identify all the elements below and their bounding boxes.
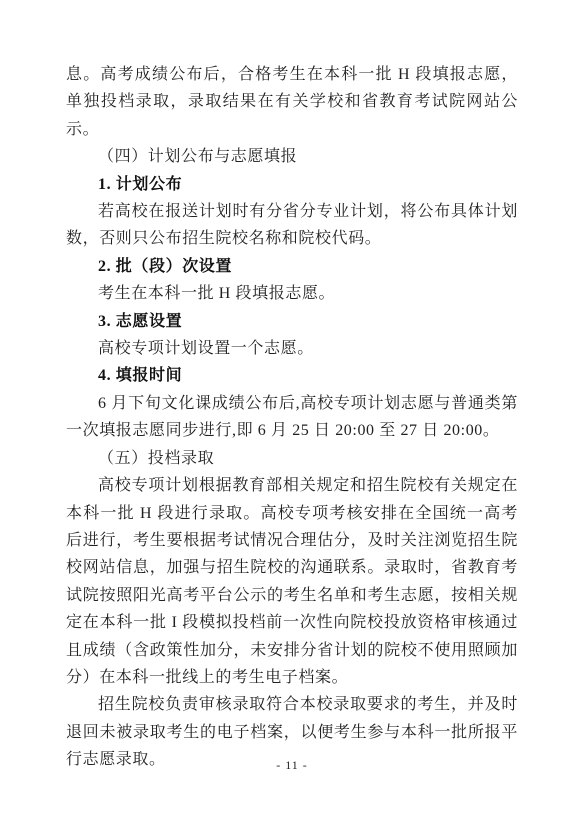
page-number: - 11 - bbox=[0, 758, 584, 773]
paragraph: 若高校在报送计划时有分省分专业计划，将公布具体计划数，否则只公布招生院校名称和院… bbox=[66, 198, 518, 253]
numbered-heading: 2. 批（段）次设置 bbox=[66, 253, 518, 280]
section-heading: （五）投档录取 bbox=[66, 445, 518, 472]
document-body: 息。高考成绩公布后，合格考生在本科一批 H 段填报志愿，单独投档录取，录取结果在… bbox=[66, 61, 518, 774]
document-page: 息。高考成绩公布后，合格考生在本科一批 H 段填报志愿，单独投档录取，录取结果在… bbox=[0, 0, 584, 823]
paragraph: 息。高考成绩公布后，合格考生在本科一批 H 段填报志愿，单独投档录取，录取结果在… bbox=[66, 61, 518, 143]
section-heading: （四）计划公布与志愿填报 bbox=[66, 143, 518, 170]
paragraph: 6 月下旬文化课成绩公布后,高校专项计划志愿与普通类第一次填报志愿同步进行,即 … bbox=[66, 390, 518, 445]
numbered-heading: 4. 填报时间 bbox=[66, 362, 518, 389]
paragraph: 考生在本科一批 H 段填报志愿。 bbox=[66, 280, 518, 307]
numbered-heading: 3. 志愿设置 bbox=[66, 308, 518, 335]
paragraph: 高校专项计划设置一个志愿。 bbox=[66, 335, 518, 362]
paragraph: 高校专项计划根据教育部相关规定和招生院校有关规定在本科一批 H 段进行录取。高校… bbox=[66, 472, 518, 691]
numbered-heading: 1. 计划公布 bbox=[66, 171, 518, 198]
